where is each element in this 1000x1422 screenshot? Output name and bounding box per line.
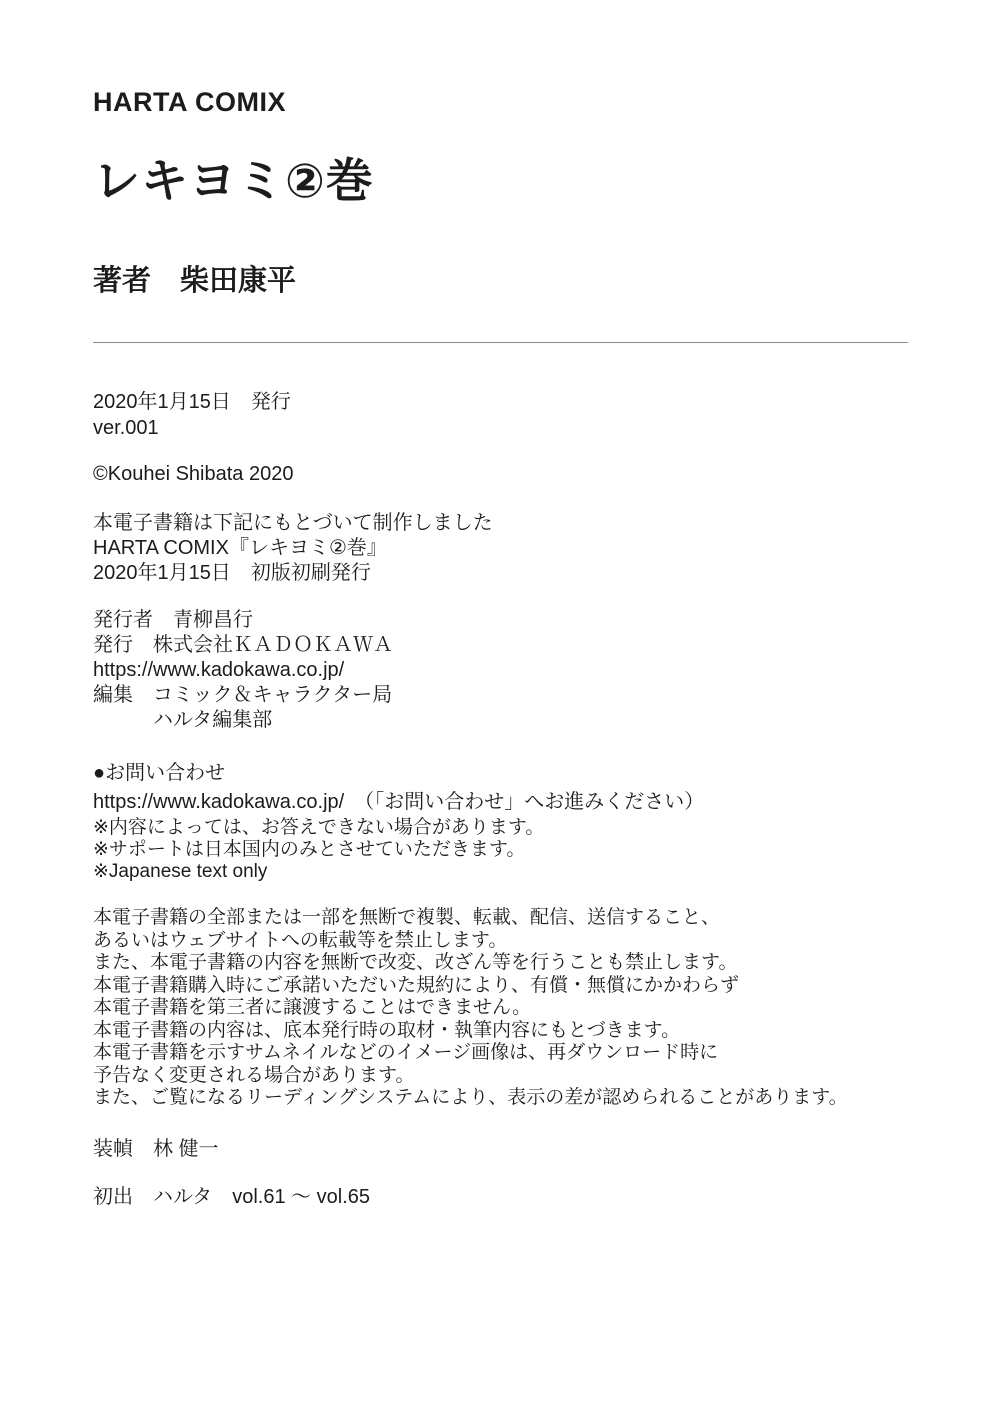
legal-notice-block: 本電子書籍の全部または一部を無断で複製、転載、配信、送信すること、 あるいはウェ… bbox=[93, 907, 908, 1110]
first-appearance-line: 初出 ハルタ vol.61 ～ vol.65 bbox=[93, 1184, 908, 1210]
source-edition-block: 本電子書籍は下記にもとづいて制作しました HARTA COMIX『レキヨミ②巻』… bbox=[93, 511, 908, 586]
publication-block: 発行者 青柳昌行 発行 株式会社ＫＡＤＯＫＡＷＡ https://www.kad… bbox=[93, 608, 908, 733]
contact-url-line: https://www.kadokawa.co.jp/ （「お問い合わせ」へお進… bbox=[93, 787, 908, 817]
publisher-imprint: HARTA COMIX bbox=[93, 86, 908, 118]
legal-line: 本電子書籍を示すサムネイルなどのイメージ画像は、再ダウンロード時に bbox=[93, 1042, 908, 1065]
contact-note: ※内容によっては、お答えできない場合があります。 bbox=[93, 817, 908, 839]
legal-line: 本電子書籍を第三者に譲渡することはできません。 bbox=[93, 997, 908, 1020]
issue-date-line: 2020年1月15日 発行 bbox=[93, 389, 908, 415]
source-line: 2020年1月15日 初版初刷発行 bbox=[93, 561, 908, 586]
colophon-page: HARTA COMIX レキヨミ②巻 著者 柴田康平 2020年1月15日 発行… bbox=[0, 0, 1000, 1422]
publisher-url: https://www.kadokawa.co.jp/ bbox=[93, 658, 908, 683]
edition-block: 2020年1月15日 発行 ver.001 bbox=[93, 389, 908, 441]
legal-line: 予告なく変更される場合があります。 bbox=[93, 1065, 908, 1088]
contact-block: ●お問い合わせ https://www.kadokawa.co.jp/ （「お問… bbox=[93, 759, 908, 883]
legal-line: また、ご覧になるリーディングシステムにより、表示の差が認められることがあります。 bbox=[93, 1087, 908, 1110]
legal-line: 本電子書籍購入時にご承諾いただいた規約により、有償・無償にかかわらず bbox=[93, 975, 908, 998]
cover-design-credit-line: 装幀 林 健一 bbox=[93, 1136, 908, 1162]
book-title: レキヨミ②巻 bbox=[93, 154, 908, 208]
copyright-line: ©Kouhei Shibata 2020 bbox=[93, 461, 908, 487]
legal-line: あるいはウェブサイトへの転載等を禁止します。 bbox=[93, 930, 908, 953]
editing-department-line: ハルタ編集部 bbox=[93, 708, 908, 733]
version-line: ver.001 bbox=[93, 415, 908, 441]
contact-note: ※サポートは日本国内のみとさせていただきます。 bbox=[93, 839, 908, 861]
source-line: HARTA COMIX『レキヨミ②巻』 bbox=[93, 536, 908, 561]
author-line: 著者 柴田康平 bbox=[93, 264, 908, 298]
contact-note: ※Japanese text only bbox=[93, 861, 908, 883]
contact-heading: ●お問い合わせ bbox=[93, 759, 908, 787]
divider bbox=[93, 342, 908, 343]
legal-line: また、本電子書籍の内容を無断で改変、改ざん等を行うことも禁止します。 bbox=[93, 952, 908, 975]
publisher-company-line: 発行 株式会社ＫＡＤＯＫＡＷＡ bbox=[93, 633, 908, 658]
publisher-person-line: 発行者 青柳昌行 bbox=[93, 608, 908, 633]
legal-line: 本電子書籍の内容は、底本発行時の取材・執筆内容にもとづきます。 bbox=[93, 1020, 908, 1043]
source-line: 本電子書籍は下記にもとづいて制作しました bbox=[93, 511, 908, 536]
editing-department-line: 編集 コミック＆キャラクター局 bbox=[93, 683, 908, 708]
legal-line: 本電子書籍の全部または一部を無断で複製、転載、配信、送信すること、 bbox=[93, 907, 908, 930]
